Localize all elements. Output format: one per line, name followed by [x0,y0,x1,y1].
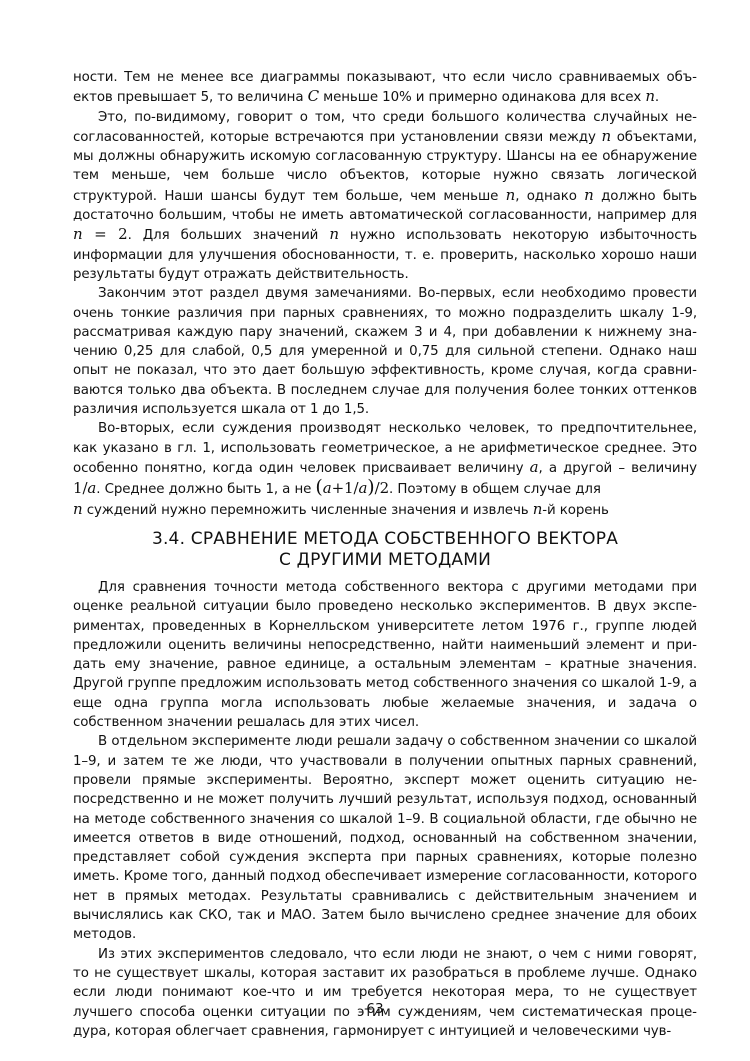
text-run: . [655,90,659,105]
math-variable-a: a [530,458,539,476]
math-variable-n: n [73,225,83,243]
math-variable-n: n [329,225,339,243]
text-run: , а другой – ве­личину [539,461,698,476]
paragraph-continuation: ности. Тем не менее все диаграммы показы… [73,68,697,108]
math-divide-two: /2 [375,479,389,497]
paragraph-experiments-intro: Для сравнения точности метода собственно… [73,578,697,732]
math-variable-n: n [506,186,516,204]
math-variable-n: n [73,500,83,518]
math-paren-close: ) [367,476,374,498]
page-body-top: ности. Тем не менее все диаграммы показы… [73,68,697,520]
page-number: 63 [0,1001,750,1017]
paragraph-remarks-second: Во-вторых, если суждения производят неск… [73,419,697,519]
text-run: , однако [515,189,584,204]
math-one-over: 1/ [73,479,87,497]
text-run: . Среднее должно быть 1, а не [96,482,315,497]
math-variable-a: a [358,479,367,497]
text-run: суждений нужно перемножить численные зна… [83,503,533,518]
math-variable-a: a [323,479,332,497]
math-variable-n: n [584,186,594,204]
text-run: . Для больших значений [128,228,330,243]
paragraph-consistency-structure: Это, по-видимому, говорит о том, что сре… [73,108,697,285]
math-variable-n: n [533,500,543,518]
math-variable-n: n [601,127,611,145]
section-heading-line-1: 3.4. СРАВНЕНИЕ МЕТОДА СОБСТВЕННОГО ВЕКТО… [73,529,697,550]
math-equals-two: = 2 [83,225,128,243]
text-run: меньше 10% и примерно одинакова для всех [319,90,645,105]
math-paren-open: ( [315,476,322,498]
math-variable-a: a [87,479,96,497]
page-body-bottom: Для сравнения точности метода собственно… [73,578,697,1041]
section-heading: 3.4. СРАВНЕНИЕ МЕТОДА СОБСТВЕННОГО ВЕКТО… [73,529,697,571]
text-run: . Поэтому в общем случае для [389,482,601,497]
paragraph-separate-experiment: В отдельном эксперименте люди решали зад… [73,732,697,944]
math-variable-c: C [308,87,319,105]
paragraph-conclusions: Из этих экспериментов следовало, что есл… [73,945,697,1041]
section-heading-line-2: С ДРУГИМИ МЕТОДАМИ [73,550,697,571]
math-plus-one-over: +1/ [332,479,359,497]
math-variable-n: n [645,87,655,105]
paragraph-remarks-first: Закончим этот раздел двумя замечаниями. … [73,284,697,419]
text-run: -й корень [542,503,609,518]
